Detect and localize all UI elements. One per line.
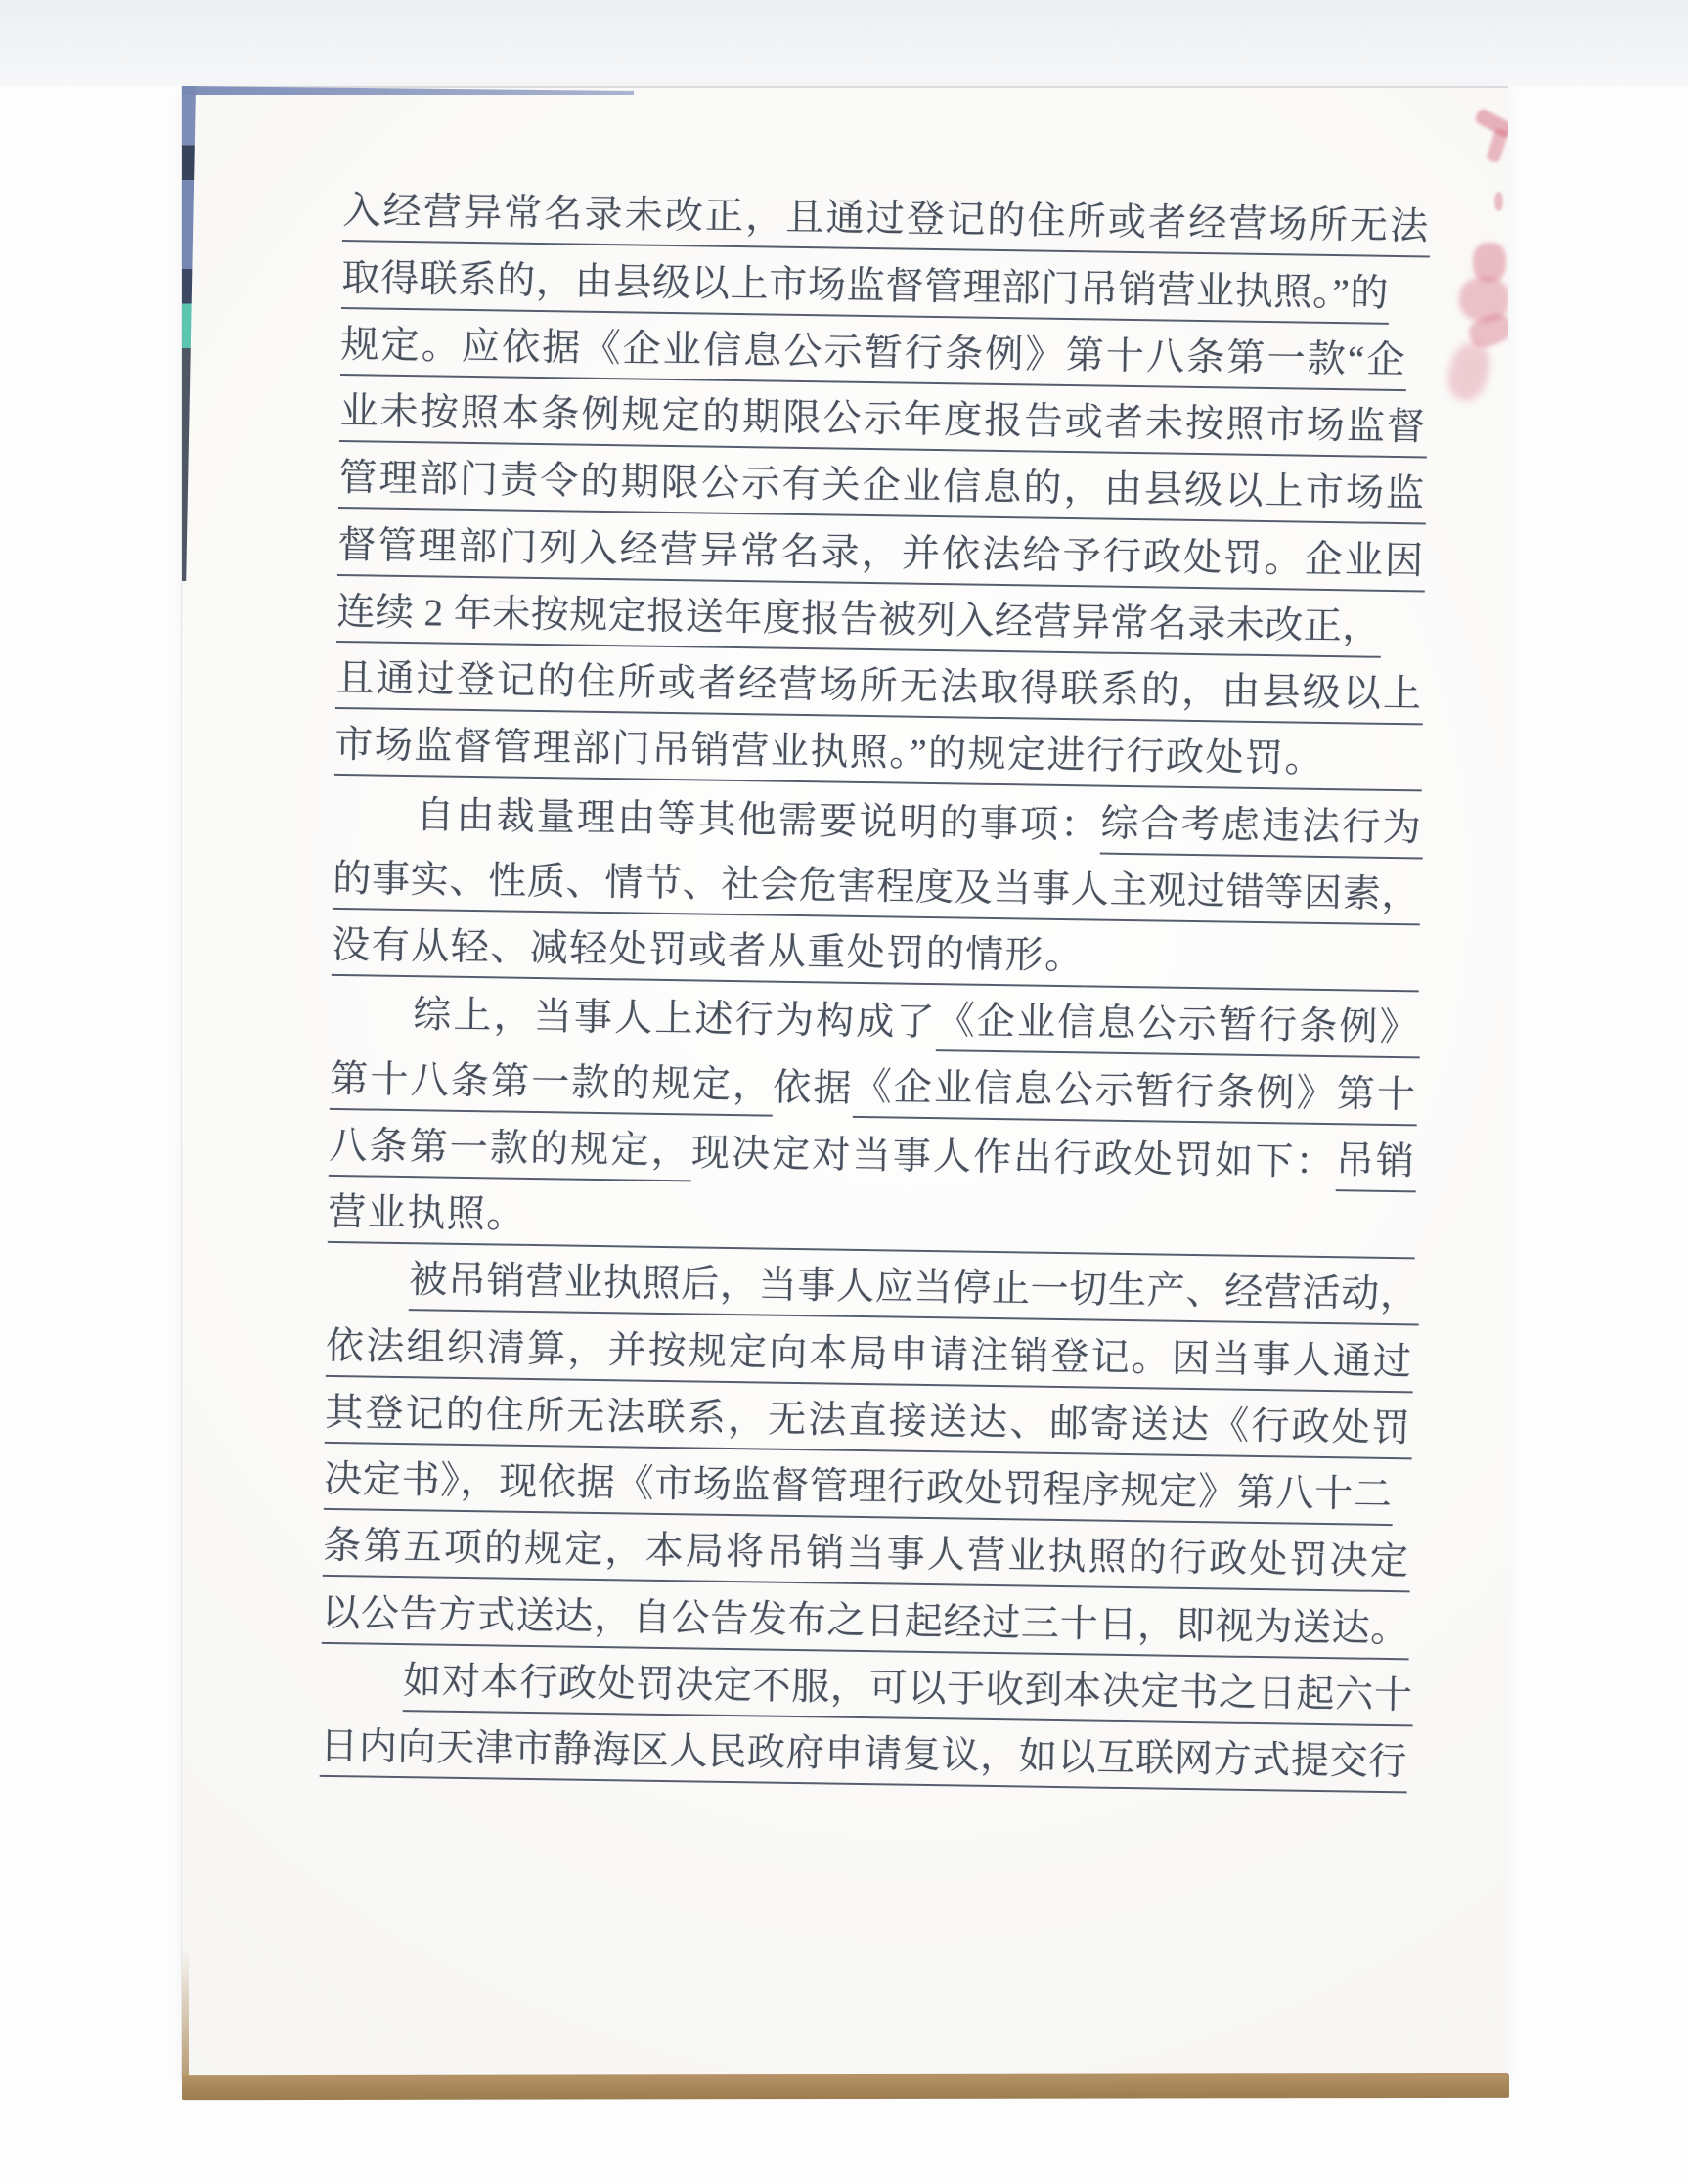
background-top-band [0, 0, 1688, 86]
paper-top-edge [182, 86, 634, 95]
text-segment: 依据 [773, 1068, 854, 1117]
text-segment: 八条第一款的规定， [329, 1127, 691, 1181]
red-stamp-mark [1486, 128, 1508, 164]
desk-edge [182, 2073, 1509, 2100]
red-stamp-mark [1473, 243, 1506, 282]
text-segment: 《企业信息公示暂行条例》第十 [853, 1067, 1417, 1126]
text-segment: 营业执照。 [328, 1193, 526, 1246]
text-segment: 第十八条第一款的规定， [330, 1059, 774, 1116]
scan-background: 入经营异常名录未改正，且通过登记的住所或者经营场所无法取得联系的，由县级以上市场… [0, 0, 1688, 2184]
text-segment: 综上，当事人上述行为构成了 [413, 996, 937, 1051]
text-segment: 日内向天津市静海区人民政府申请复议，如以互联网方式提交行 [320, 1727, 1408, 1793]
document-text: 入经营异常名录未改正，且通过登记的住所或者经营场所无法取得联系的，由县级以上市场… [320, 175, 1431, 1793]
text-segment: 《企业信息公示暂行条例》 [936, 1002, 1420, 1058]
text-segment: 自由裁量理由等其他需要说明的事项： [416, 796, 1101, 854]
desk-edge-left [182, 1948, 189, 2077]
text-segment: 吊销 [1335, 1141, 1416, 1192]
document-page: 入经营异常名录未改正，且通过登记的住所或者经营场所无法取得联系的，由县级以上市场… [181, 86, 1508, 2079]
text-segment: 综合考虑违法行为 [1100, 804, 1423, 859]
red-stamp-mark [1443, 338, 1495, 405]
text-segment: 现决定对当事人作出行政处罚如下： [690, 1134, 1336, 1191]
folder-edge-strip [182, 86, 196, 581]
red-stamp-mark [1494, 192, 1503, 211]
